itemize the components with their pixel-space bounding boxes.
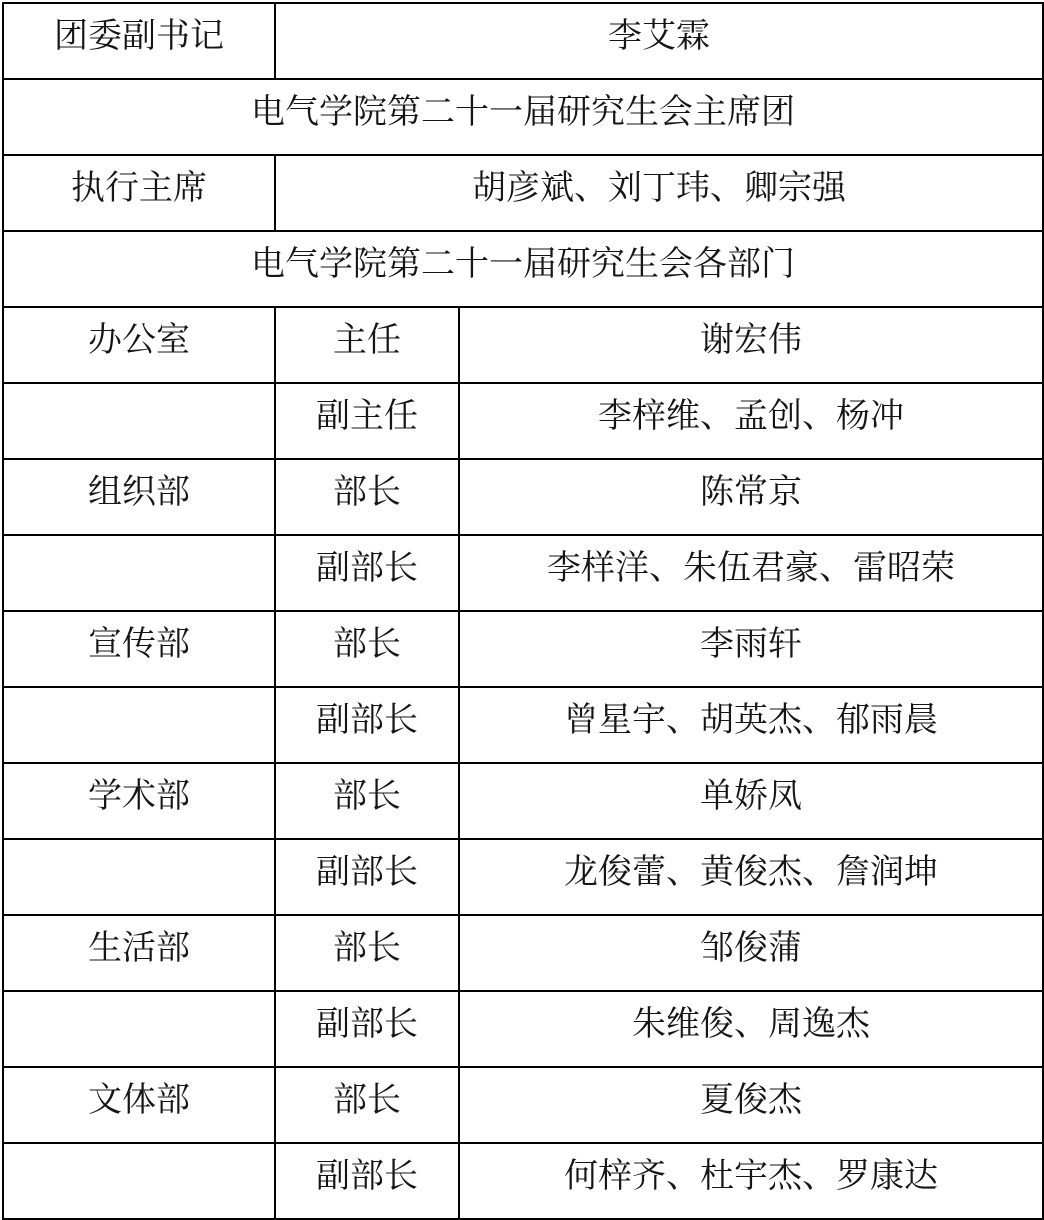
- role-cell: 副部长: [275, 1143, 459, 1219]
- members-cell: 李雨轩: [459, 611, 1043, 687]
- role-cell: 副部长: [275, 991, 459, 1067]
- members-cell: 单娇凤: [459, 763, 1043, 839]
- department-cell: 生活部: [3, 915, 275, 991]
- department-cell: 学术部: [3, 763, 275, 839]
- org-roster-table: 团委副书记 李艾霖 电气学院第二十一届研究生会主席团 执行主席 胡彦斌、刘丁玮、…: [2, 2, 1044, 1220]
- department-cell: 组织部: [3, 459, 275, 535]
- members-cell: 朱维俊、周逸杰: [459, 991, 1043, 1067]
- members-cell: 何梓齐、杜宇杰、罗康达: [459, 1143, 1043, 1219]
- table-row: 办公室 主任 谢宏伟: [3, 307, 1043, 383]
- department-cell: 办公室: [3, 307, 275, 383]
- position-label-cell: 执行主席: [3, 155, 275, 231]
- table-row: 副部长 李样洋、朱伍君豪、雷昭荣: [3, 535, 1043, 611]
- table-row: 副部长 曾星宇、胡英杰、郁雨晨: [3, 687, 1043, 763]
- role-cell: 部长: [275, 763, 459, 839]
- section-title-cell: 电气学院第二十一届研究生会主席团: [3, 79, 1043, 155]
- document-page: 团委副书记 李艾霖 电气学院第二十一届研究生会主席团 执行主席 胡彦斌、刘丁玮、…: [0, 0, 1044, 1081]
- members-cell: 李样洋、朱伍君豪、雷昭荣: [459, 535, 1043, 611]
- members-cell: 龙俊蕾、黄俊杰、詹润坤: [459, 839, 1043, 915]
- members-cell: 李艾霖: [275, 3, 1043, 79]
- table-row: 团委副书记 李艾霖: [3, 3, 1043, 79]
- table-row: 组织部 部长 陈常京: [3, 459, 1043, 535]
- table-row: 副主任 李梓维、孟创、杨冲: [3, 383, 1043, 459]
- department-cell: 文体部: [3, 1067, 275, 1143]
- department-cell: [3, 535, 275, 611]
- role-cell: 副部长: [275, 535, 459, 611]
- table-row: 副部长 龙俊蕾、黄俊杰、詹润坤: [3, 839, 1043, 915]
- members-cell: 陈常京: [459, 459, 1043, 535]
- role-cell: 副主任: [275, 383, 459, 459]
- table-row: 文体部 部长 夏俊杰: [3, 1067, 1043, 1143]
- members-cell: 胡彦斌、刘丁玮、卿宗强: [275, 155, 1043, 231]
- department-cell: [3, 991, 275, 1067]
- department-cell: [3, 383, 275, 459]
- table-row: 宣传部 部长 李雨轩: [3, 611, 1043, 687]
- members-cell: 夏俊杰: [459, 1067, 1043, 1143]
- table-row: 副部长 朱维俊、周逸杰: [3, 991, 1043, 1067]
- section-title-cell: 电气学院第二十一届研究生会各部门: [3, 231, 1043, 307]
- department-cell: [3, 687, 275, 763]
- role-cell: 部长: [275, 1067, 459, 1143]
- role-cell: 部长: [275, 915, 459, 991]
- table-row: 副部长 何梓齐、杜宇杰、罗康达: [3, 1143, 1043, 1219]
- table-row: 执行主席 胡彦斌、刘丁玮、卿宗强: [3, 155, 1043, 231]
- members-cell: 曾星宇、胡英杰、郁雨晨: [459, 687, 1043, 763]
- position-label-cell: 团委副书记: [3, 3, 275, 79]
- role-cell: 部长: [275, 459, 459, 535]
- role-cell: 主任: [275, 307, 459, 383]
- section-header-row: 电气学院第二十一届研究生会主席团: [3, 79, 1043, 155]
- department-cell: [3, 839, 275, 915]
- section-header-row: 电气学院第二十一届研究生会各部门: [3, 231, 1043, 307]
- members-cell: 谢宏伟: [459, 307, 1043, 383]
- role-cell: 副部长: [275, 839, 459, 915]
- role-cell: 部长: [275, 611, 459, 687]
- table-row: 学术部 部长 单娇凤: [3, 763, 1043, 839]
- table-row: 生活部 部长 邹俊蒲: [3, 915, 1043, 991]
- department-cell: 宣传部: [3, 611, 275, 687]
- department-cell: [3, 1143, 275, 1219]
- members-cell: 李梓维、孟创、杨冲: [459, 383, 1043, 459]
- role-cell: 副部长: [275, 687, 459, 763]
- members-cell: 邹俊蒲: [459, 915, 1043, 991]
